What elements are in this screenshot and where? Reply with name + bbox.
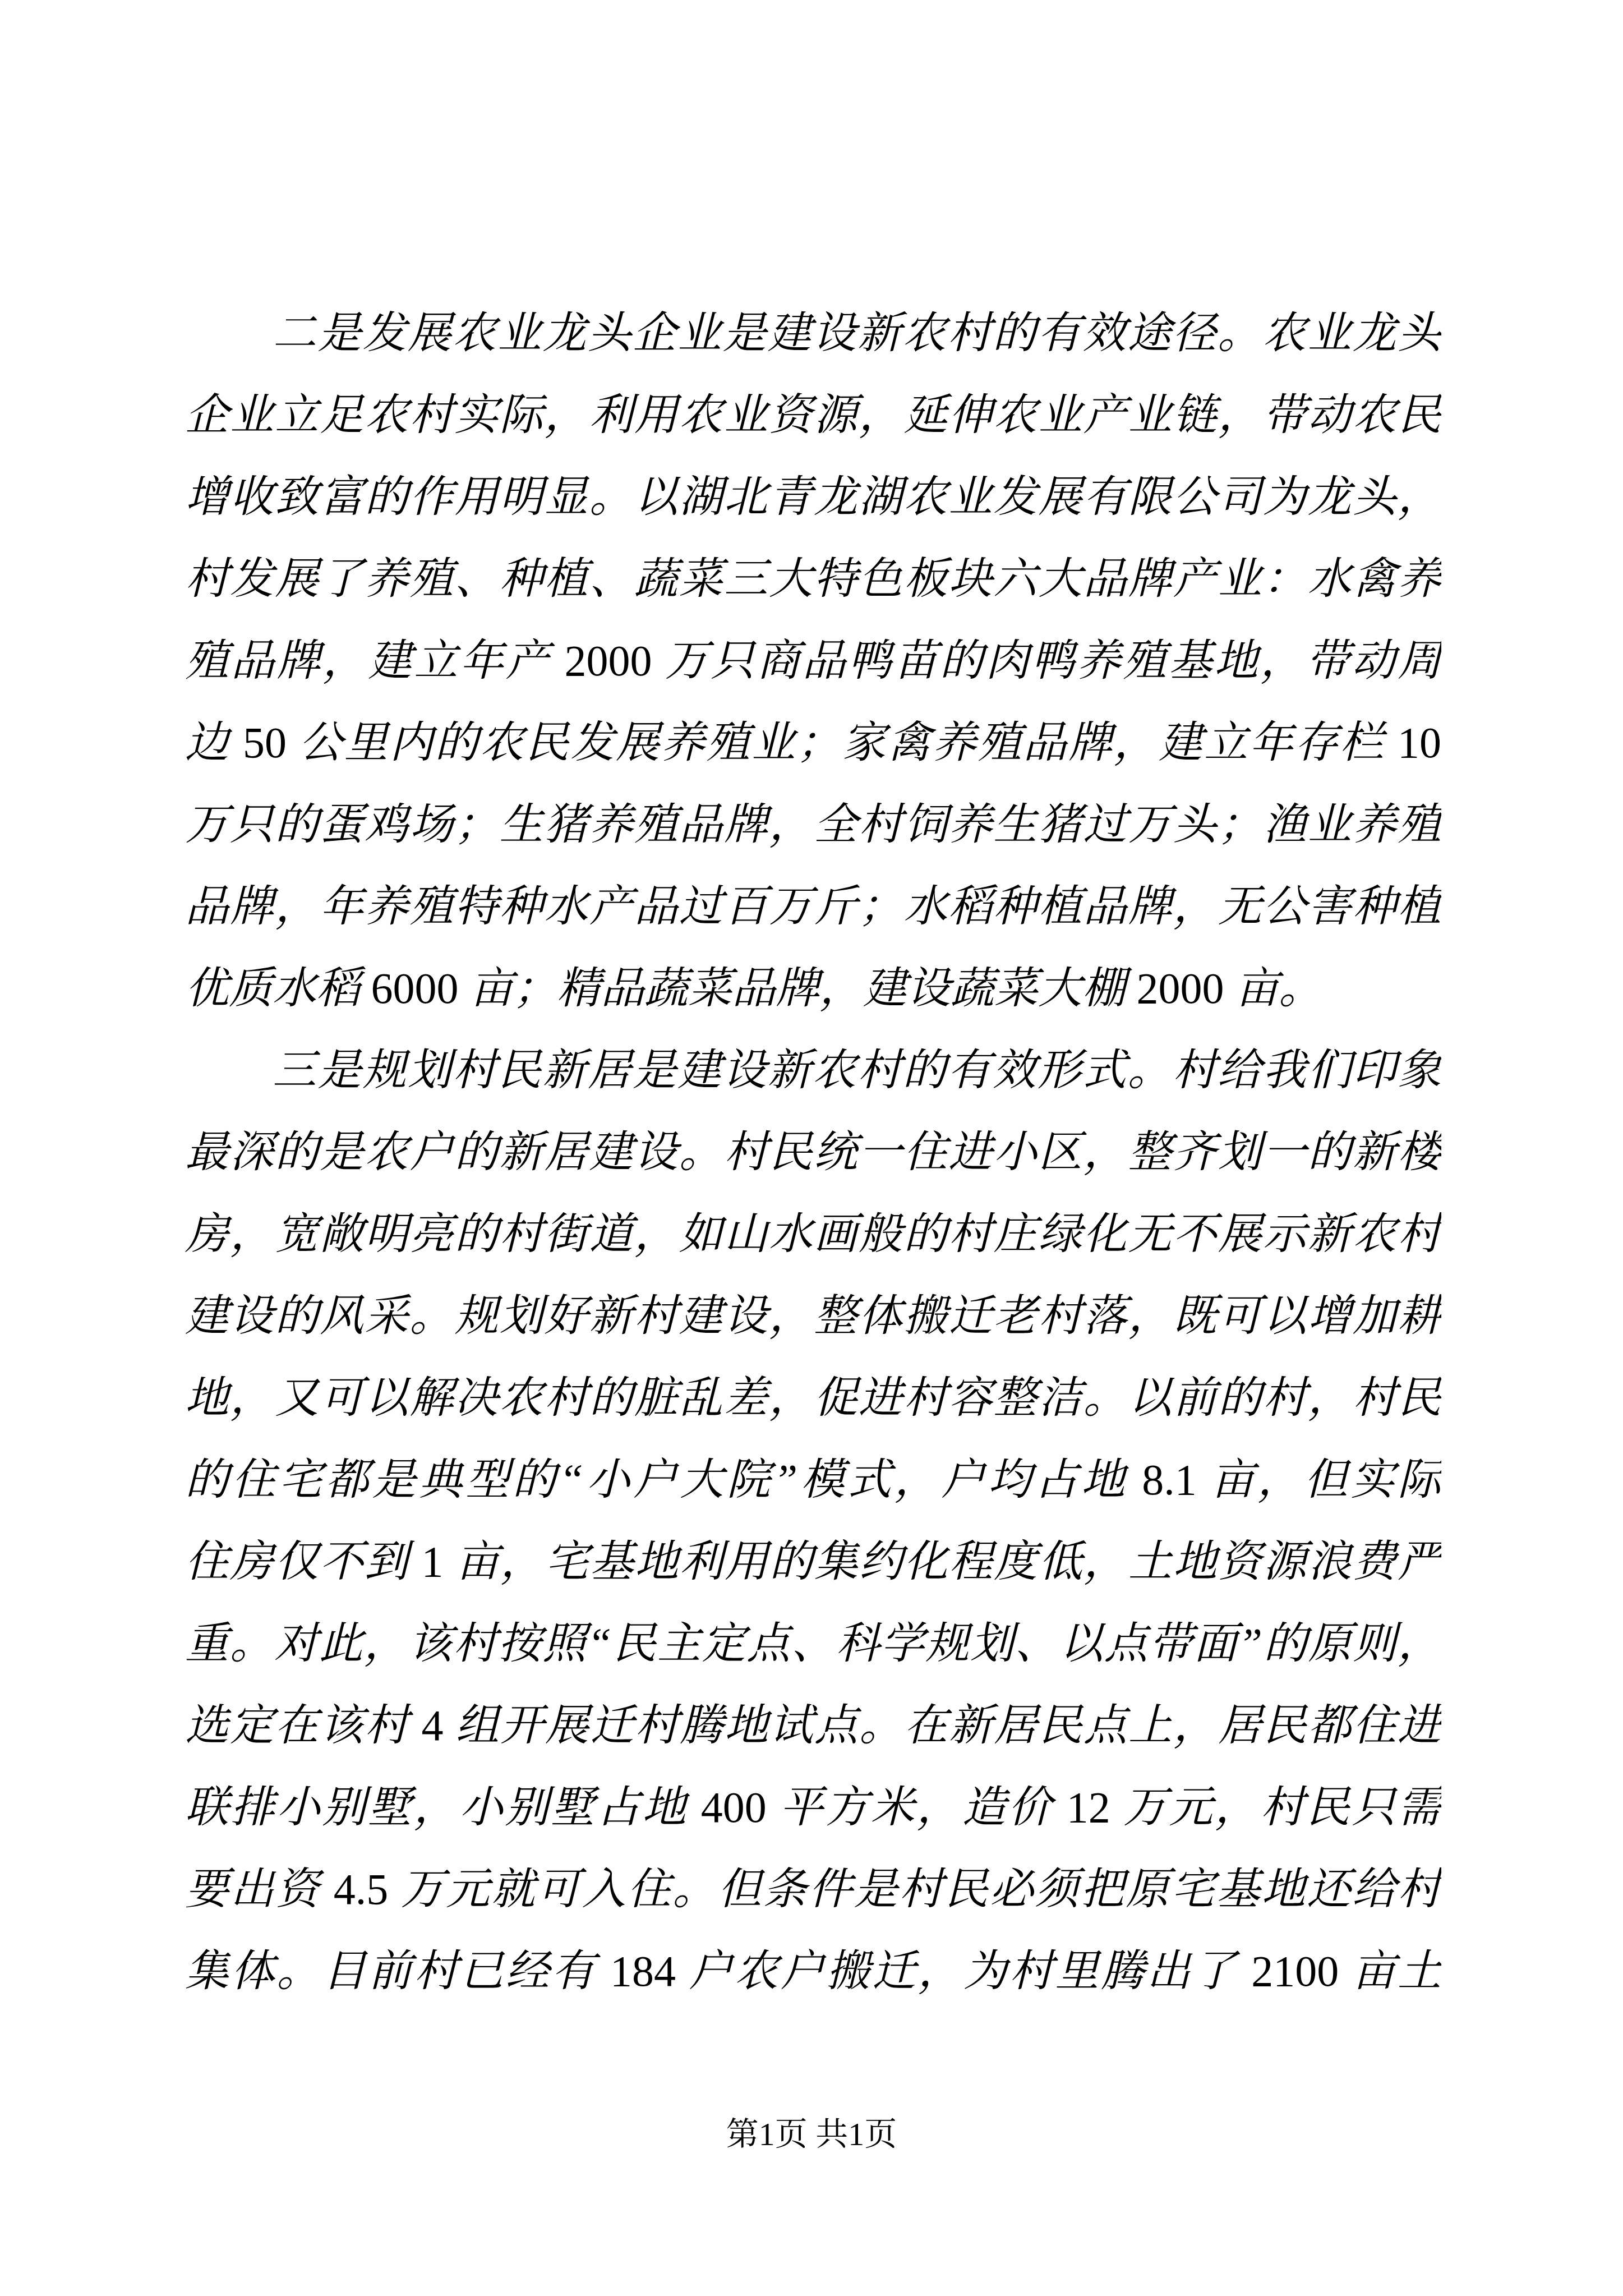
numeric-text: 1 bbox=[422, 1537, 444, 1586]
text-line: 住房仅不到 1 亩，宅基地利用的集约化程度低，土地资源浪费严 bbox=[185, 1521, 1441, 1603]
numeric-text: 12 bbox=[1067, 1783, 1110, 1832]
numeric-text: 2100 bbox=[1251, 1947, 1339, 1995]
numeric-text: 4 bbox=[422, 1701, 444, 1750]
document-body: 二是发展农业龙头企业是建设新农村的有效途径。农业龙头企业立足农村实际，利用农业资… bbox=[185, 292, 1441, 2012]
text-line: 地，又可以解决农村的脏乱差，促进村容整洁。以前的村，村民 bbox=[185, 1357, 1441, 1439]
numeric-text: 2000 bbox=[564, 636, 652, 685]
text-line: 集体。目前村已经有 184 户农户搬迁，为村里腾出了 2100 亩土 bbox=[185, 1930, 1441, 2012]
text-line: 边 50 公里内的农民发展养殖业；家禽养殖品牌，建立年存栏 10 bbox=[185, 702, 1441, 784]
text-line: 品牌，年养殖特种水产品过百万斤；水稻种植品牌，无公害种植 bbox=[185, 866, 1441, 947]
text-line: 重。对此，该村按照“民主定点、科学规划、以点带面”的原则， bbox=[185, 1603, 1441, 1685]
numeric-text: 50 bbox=[243, 718, 287, 767]
numeric-text: 2000 bbox=[1137, 964, 1224, 1013]
text-line: 优质水稻 6000 亩；精品蔬菜品牌，建设蔬菜大棚 2000 亩。 bbox=[185, 947, 1441, 1029]
numeric-text: 184 bbox=[610, 1947, 676, 1995]
text-line: 二是发展农业龙头企业是建设新农村的有效途径。农业龙头 bbox=[185, 292, 1441, 374]
numeric-text: 400 bbox=[701, 1783, 767, 1832]
text-line: 增收致富的作用明显。以湖北青龙湖农业发展有限公司为龙头， bbox=[185, 456, 1441, 538]
text-line: 要出资 4.5 万元就可入住。但条件是村民必须把原宅基地还给村 bbox=[185, 1848, 1441, 1930]
text-line: 万只的蛋鸡场；生猪养殖品牌，全村饲养生猪过万头；渔业养殖 bbox=[185, 784, 1441, 866]
text-line: 联排小别墅，小别墅占地 400 平方米，造价 12 万元，村民只需 bbox=[185, 1766, 1441, 1848]
text-line: 建设的风采。规划好新村建设，整体搬迁老村落，既可以增加耕 bbox=[185, 1275, 1441, 1357]
numeric-text: 4.5 bbox=[334, 1865, 389, 1913]
text-line: 三是规划村民新居是建设新农村的有效形式。村给我们印象 bbox=[185, 1029, 1441, 1111]
numeric-text: 8.1 bbox=[1142, 1455, 1197, 1504]
numeric-text: 10 bbox=[1398, 718, 1441, 767]
page-number-text: 第1页 共1页 bbox=[726, 2116, 897, 2152]
text-line: 选定在该村 4 组开展迁村腾地试点。在新居民点上，居民都住进 bbox=[185, 1685, 1441, 1766]
text-line: 房，宽敞明亮的村街道，如山水画般的村庄绿化无不展示新农村 bbox=[185, 1193, 1441, 1275]
text-line: 最深的是农户的新居建设。村民统一住进小区，整齐划一的新楼 bbox=[185, 1111, 1441, 1193]
text-line: 企业立足农村实际，利用农业资源，延伸农业产业链，带动农民 bbox=[185, 374, 1441, 456]
page-footer: 第1页 共1页 bbox=[0, 2102, 1623, 2167]
document-page: 二是发展农业龙头企业是建设新农村的有效途径。农业龙头企业立足农村实际，利用农业资… bbox=[0, 0, 1623, 2296]
text-line: 殖品牌，建立年产 2000 万只商品鸭苗的肉鸭养殖基地，带动周 bbox=[185, 620, 1441, 702]
text-line: 的住宅都是典型的“小户大院”模式，户均占地 8.1 亩，但实际 bbox=[185, 1439, 1441, 1521]
numeric-text: 6000 bbox=[371, 964, 459, 1013]
text-line: 村发展了养殖、种植、蔬菜三大特色板块六大品牌产业：水禽养 bbox=[185, 538, 1441, 620]
